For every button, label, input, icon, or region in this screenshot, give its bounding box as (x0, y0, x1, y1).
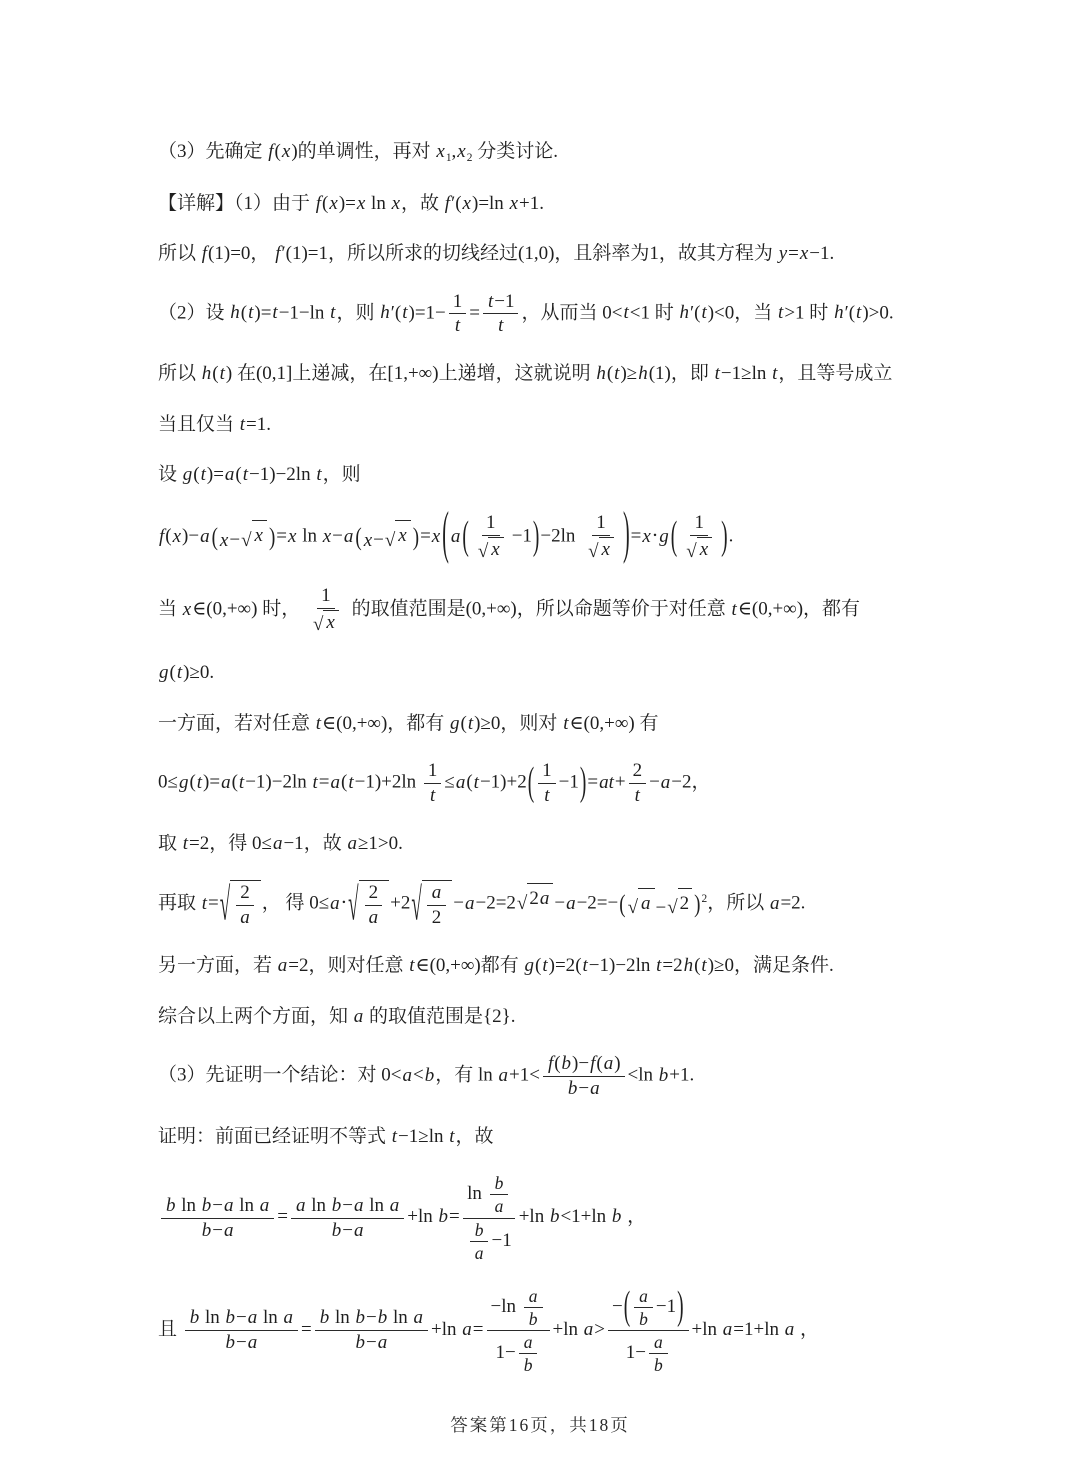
solution-line-14: 再取 t=√2a， 得 0≤a⋅√2a+2√a2−a−2=2√2a−a−2=−(… (158, 880, 1025, 929)
denominator: b−a (563, 1077, 605, 1100)
math-roman: 2 (432, 907, 442, 928)
math-roman: ≥ (627, 363, 637, 384)
solution-content: （3）先确定 f(x)的单调性，再对 x1,x2 分类讨论.【详解】（1）由于 … (0, 0, 1080, 1375)
math-var: x (432, 526, 440, 547)
math-roman: ′(1)=1 (281, 243, 328, 264)
math-var: a (224, 1220, 234, 1241)
denominator: t (630, 784, 645, 807)
math-roman: = (319, 772, 330, 793)
math-var: t (409, 955, 414, 976)
math-var: b (639, 1309, 648, 1329)
math-var: f (202, 243, 207, 264)
math-var: x (457, 141, 465, 162)
math-fraction: 2t (629, 760, 647, 807)
math-fraction: ab (634, 1286, 653, 1329)
math-sqrt: √x (588, 537, 614, 561)
denominator: b (519, 1354, 538, 1375)
math-var: x (173, 526, 181, 547)
radical-sign-icon: √ (313, 615, 323, 634)
math-roman: −1 (559, 772, 579, 793)
bracket: ( (619, 892, 625, 918)
math-var: b (356, 1332, 366, 1353)
math-fraction: 1√x (583, 512, 619, 563)
numerator: 1 (317, 585, 335, 609)
math-roman: +2 (390, 893, 410, 914)
radical-sign-icon: √ (686, 542, 696, 561)
text-run: ，当 (734, 302, 777, 323)
text-run: （2）设 (158, 302, 229, 323)
bracket: ( (212, 524, 218, 550)
math-var: a (221, 772, 231, 793)
math-var: x (436, 141, 444, 162)
math-roman: −2=− (577, 893, 619, 914)
solution-line-19: b ln b−a ln ab−a=a ln b−a ln ab−a+ln b=l… (158, 1173, 1025, 1262)
math-roman: ( (275, 141, 281, 162)
math-roman: =1+ (733, 1319, 764, 1340)
math-roman: ln (258, 1307, 282, 1328)
math-var: t (635, 785, 640, 806)
denominator: b−a (327, 1219, 369, 1242)
math-roman: =2 (288, 955, 308, 976)
math-roman: ∈(0,+∞) (192, 599, 257, 620)
text-run: . (830, 243, 835, 264)
bracket: ( (442, 508, 449, 566)
text-run: 有 (635, 713, 659, 734)
math-roman: − (578, 1078, 589, 1099)
math-roman: − (656, 897, 667, 918)
math-roman: − (332, 526, 343, 547)
math-var: b (495, 1173, 504, 1193)
math-fraction: −ln ab1−ab (487, 1286, 550, 1375)
denominator: b−a (221, 1331, 263, 1354)
bracket: ( (462, 517, 468, 557)
math-row: √a−√2 (626, 888, 695, 922)
numerator: ln ba (463, 1173, 515, 1218)
math-roman: − (342, 1195, 353, 1216)
math-roman: (1,0) (518, 243, 554, 264)
bracket: ) (269, 524, 275, 550)
math-roman: 0< (381, 1065, 401, 1086)
math-roman: ln (638, 1065, 658, 1086)
math-roman: 0≤ (158, 772, 178, 793)
math-roman: ≥0 (714, 955, 734, 976)
math-roman: 2 (240, 882, 250, 903)
math-roman: 2 (680, 893, 690, 914)
math-sqrt: √x (385, 520, 411, 550)
denominator: a (470, 1242, 489, 1263)
math-roman: 2 (369, 882, 379, 903)
solution-line-13: 取 t=2，得 0≤a−1，故 a≥1>0. (158, 830, 1025, 858)
math-var: h (679, 302, 689, 323)
denominator: 2 (428, 906, 446, 929)
text-run: . (729, 526, 734, 547)
math-roman: )>0 (862, 302, 889, 323)
math-var: g (450, 713, 460, 734)
math-roman: 1 (542, 760, 552, 781)
math-fraction: b ln b−a ln ab−a (161, 1195, 274, 1242)
text-run: ，所以所求的切线经过 (328, 243, 518, 264)
math-roman: 0< (602, 302, 622, 323)
math-sqrt: √a2 (411, 880, 452, 929)
text-run: 上递减，在 (292, 363, 387, 384)
math-var: h (596, 363, 606, 384)
radical-sign-icon: √ (478, 542, 488, 561)
math-fraction: b ln b−b ln ab−a (315, 1307, 428, 1354)
math-var: t (656, 955, 661, 976)
math-roman: = (213, 464, 224, 485)
math-roman: − (342, 1220, 353, 1241)
math-var: t (701, 955, 706, 976)
math-var: x (357, 193, 365, 214)
math-fraction: ln baba−1 (463, 1173, 516, 1262)
math-var: f (268, 141, 273, 162)
radical-sign-icon: √ (667, 898, 677, 917)
math-roman: =2 (189, 833, 209, 854)
radicand: a (638, 888, 655, 918)
radical-sign-icon: √ (517, 894, 527, 913)
radical-sign-icon: √ (385, 531, 395, 550)
math-roman: − (236, 1307, 247, 1328)
math-roman: +2 (381, 772, 401, 793)
math-roman: ( (189, 772, 195, 793)
math-fraction: 1t (449, 291, 467, 338)
math-var: a (584, 1319, 594, 1340)
numerator: 1 (449, 291, 467, 315)
math-roman: ≤ (444, 772, 454, 793)
math-sqrt: √2a (517, 883, 553, 913)
math-roman: −2 (615, 955, 635, 976)
text-run: ， (622, 1206, 646, 1227)
denominator: b (634, 1308, 653, 1329)
denominator: a (490, 1195, 509, 1216)
math-roman: −2 (540, 526, 560, 547)
solution-line-7: 设 g(t)=a(t−1)−2ln t，则 (158, 461, 1025, 489)
math-var: a (475, 1243, 484, 1263)
math-var: a (604, 1053, 614, 1074)
math-row: 1√x (677, 512, 721, 563)
math-roman: ln (388, 1307, 412, 1328)
text-run: 取 (158, 833, 182, 854)
bracket: ( (624, 1287, 630, 1327)
text-run: 当且仅当 (158, 414, 239, 435)
solution-line-2: 【详解】（1）由于 f(x)=x ln x，故 f′(x)=ln x+1. (158, 190, 1025, 218)
math-var: b (475, 1220, 484, 1240)
text-run: . (539, 193, 544, 214)
radicand: 2a (230, 880, 261, 929)
math-var: a (200, 526, 210, 547)
math-roman: = (473, 1319, 484, 1340)
math-var: b (439, 1206, 449, 1227)
text-run: 在 (232, 363, 256, 384)
denominator: √x (681, 536, 717, 563)
math-roman: − (453, 893, 464, 914)
math-fraction: 1t (538, 760, 556, 807)
math-fraction: ab (649, 1332, 668, 1375)
numerator: −(ab−1) (608, 1286, 689, 1331)
math-var: a (529, 1286, 538, 1306)
math-var: y (779, 243, 787, 264)
text-run: ，且斜率为1，故其方程为 (554, 243, 777, 264)
math-roman: ln (330, 1307, 354, 1328)
math-roman: ln (292, 772, 312, 793)
math-roman: ln (489, 193, 509, 214)
math-roman: −1 (494, 291, 514, 312)
math-roman: ( (395, 302, 401, 323)
math-roman: , (452, 141, 457, 162)
text-run: ， (795, 1319, 819, 1340)
math-roman: −ln (491, 1296, 521, 1317)
math-roman: − (649, 772, 660, 793)
math-var: a (330, 893, 340, 914)
math-roman: ln (702, 1319, 722, 1340)
math-var: t (348, 772, 353, 793)
text-run: 再取 (158, 893, 201, 914)
math-roman: ( (241, 302, 247, 323)
math-var: b (568, 1078, 578, 1099)
solution-line-4: （2）设 h(t)=t−1−ln t，则 h′(t)=1−1t=t−1t，从而当… (158, 291, 1025, 338)
math-var: b (562, 1053, 572, 1074)
math-roman: ′( (845, 302, 855, 323)
radical-sign-icon: √ (220, 883, 230, 929)
math-roman: = (587, 772, 598, 793)
math-roman: = (345, 193, 356, 214)
page-footer: 答案第16页，共18页 (0, 1412, 1080, 1437)
math-var: a (462, 1319, 472, 1340)
math-var: t (488, 291, 493, 312)
math-var: x (220, 530, 228, 551)
math-roman: 1 (321, 585, 331, 606)
math-var: a (456, 772, 466, 793)
math-roman: ( (232, 772, 238, 793)
math-var: a (495, 1196, 504, 1216)
text-run: . (690, 1065, 695, 1086)
math-var: a (590, 1078, 600, 1099)
math-var: g (179, 772, 189, 793)
math-roman: (1)=0 (208, 243, 250, 264)
math-var: x (326, 612, 334, 633)
denominator: √x (583, 536, 619, 563)
math-roman: ln (752, 363, 772, 384)
radicand: x (395, 520, 410, 550)
math-var: t (544, 785, 549, 806)
text-run: ，故 (401, 193, 444, 214)
math-var: x (183, 599, 191, 620)
text-run: . (889, 302, 894, 323)
math-var: g (525, 955, 535, 976)
math-var: a (540, 888, 550, 909)
math-roman: ln (401, 772, 421, 793)
numerator: 2 (629, 760, 647, 784)
solution-line-12: 0≤g(t)=a(t−1)−2ln t=a(t−1)+2ln 1t≤a(t−1)… (158, 760, 1025, 807)
text-run: 【详解】（1）由于 (158, 193, 315, 214)
math-roman: − (212, 1195, 223, 1216)
math-fraction: a ln b−a ln ab−a (291, 1195, 404, 1242)
math-fraction: ab (519, 1332, 538, 1375)
math-var: t (316, 464, 321, 485)
solution-line-18: 证明：前面已经证明不等式 t−1≥ln t，故 (158, 1123, 1025, 1151)
numerator: t−1 (483, 291, 519, 315)
numerator: 1 (538, 760, 556, 784)
denominator: b−a (351, 1331, 393, 1354)
math-roman: − (236, 1332, 247, 1353)
math-var: t (330, 302, 335, 323)
math-var: b (550, 1206, 560, 1227)
math-var: t (772, 363, 777, 384)
math-roman: ( (694, 955, 700, 976)
math-sqrt: √2 (667, 888, 692, 918)
math-roman: ln (307, 1195, 331, 1216)
math-roman: + (553, 1319, 564, 1340)
math-var: f (590, 1053, 595, 1074)
math-var: a (465, 893, 475, 914)
math-roman: ( (193, 464, 199, 485)
math-var: t (316, 713, 321, 734)
text-run: ，则对 (500, 713, 562, 734)
math-var: a (248, 1332, 258, 1353)
math-sqrt: √x (478, 537, 504, 561)
math-sqrt: √x (241, 520, 267, 550)
radical-sign-icon: √ (588, 542, 598, 561)
math-var: x (491, 539, 499, 560)
text-run: ， (692, 772, 711, 793)
math-roman: ( (212, 363, 218, 384)
math-roman: ( (466, 772, 472, 793)
math-var: x (255, 525, 263, 546)
math-var: t (177, 662, 182, 683)
math-var: a (390, 1195, 400, 1216)
math-roman: >1 (784, 302, 804, 323)
text-run: ，则 (336, 302, 379, 323)
math-var: t (183, 833, 188, 854)
math-roman: ln (636, 955, 656, 976)
text-run: ，则 (323, 464, 361, 485)
math-fraction: 1√x (308, 585, 344, 636)
math-roman: ′( (690, 302, 700, 323)
math-roman: −1 (491, 1229, 511, 1250)
math-var: a (273, 833, 283, 854)
text-run: （3）先证明一个结论：对 (158, 1065, 381, 1086)
denominator: √x (308, 609, 344, 636)
math-var: a (641, 893, 651, 914)
math-roman: −1 (809, 243, 829, 264)
math-var: a (524, 1332, 533, 1352)
math-roman: ln (591, 1206, 611, 1227)
math-var: t (402, 302, 407, 323)
math-roman: −1 (589, 955, 609, 976)
text-run: ， (250, 243, 274, 264)
math-sqrt: √2a (348, 880, 389, 929)
math-var: a (723, 1319, 733, 1340)
math-roman: =2 (780, 893, 800, 914)
math-roman: ln (529, 1206, 549, 1227)
math-var: t (474, 772, 479, 793)
math-roman: =2 (662, 955, 682, 976)
bracket-group: (x−√x) (212, 520, 276, 554)
text-run: 且 (158, 1319, 182, 1340)
math-var: x (800, 243, 808, 264)
math-roman: ≥0 (480, 713, 500, 734)
text-run: （3）先确定 (158, 141, 267, 162)
math-var: b (320, 1307, 330, 1328)
math-var: a (785, 1319, 795, 1340)
text-run: 综合以上两个方面，知 (158, 1006, 353, 1027)
math-fraction: −(ab−1)1−ab (608, 1286, 689, 1375)
math-roman: 0≤ (309, 893, 329, 914)
text-run: 的取值范围是 (364, 1006, 483, 1027)
math-var: a (224, 1195, 234, 1216)
bracket-group: (x−√x) (355, 520, 419, 554)
math-var: t (430, 785, 435, 806)
text-run: . (398, 833, 403, 854)
math-fraction: 2a (235, 882, 255, 929)
math-var: a (240, 907, 250, 928)
radicand: x (323, 610, 338, 634)
math-var: t (239, 772, 244, 793)
math-roman: − (612, 1296, 623, 1317)
math-var: b (202, 1220, 212, 1241)
math-roman: −1− (279, 302, 310, 323)
math-roman: ( (535, 955, 541, 976)
math-roman: > (594, 1319, 605, 1340)
numerator: 2 (365, 882, 383, 906)
solution-line-3: 所以 f(1)=0， f′(1)=1，所以所求的切线经过(1,0)，且斜率为1，… (158, 240, 1025, 268)
text-run: ，满足条件. (734, 955, 834, 976)
math-var: t (392, 1126, 397, 1147)
math-var: a (260, 1195, 270, 1216)
radical-sign-icon: √ (411, 883, 421, 929)
math-var: a (639, 1286, 648, 1306)
math-var: x (392, 193, 400, 214)
math-roman: −2=2 (475, 893, 515, 914)
math-roman: = (420, 526, 431, 547)
denominator: b (649, 1354, 668, 1375)
numerator: 1 (690, 512, 708, 536)
numerator: a (649, 1332, 668, 1354)
math-roman: + (692, 1319, 703, 1340)
math-var: x (364, 530, 372, 551)
math-var: h (380, 302, 390, 323)
math-var: t (202, 893, 207, 914)
radicand: 2a (527, 883, 553, 913)
math-var: f (275, 243, 280, 264)
solution-line-1: （3）先确定 f(x)的单调性，再对 x1,x2 分类讨论. (158, 138, 1025, 167)
math-fraction: t−1t (483, 291, 519, 338)
math-roman: =1− (415, 302, 446, 323)
math-roman: − (188, 526, 199, 547)
math-var: a (369, 907, 379, 928)
math-var: t (583, 955, 588, 976)
math-roman: ln (310, 302, 330, 323)
math-roman: ( (596, 1053, 602, 1074)
numerator: b ln b−a ln a (161, 1195, 274, 1219)
math-roman: ( (461, 713, 467, 734)
bracket-group: (ab−1) (624, 1286, 684, 1329)
math-var: a (347, 833, 357, 854)
math-var: a (499, 1065, 509, 1086)
math-roman: =1 (246, 414, 266, 435)
math-roman: ln (442, 1319, 462, 1340)
math-var: a (284, 1307, 294, 1328)
math-var: b (166, 1195, 176, 1216)
math-var: t (563, 713, 568, 734)
math-roman: ( (455, 193, 461, 214)
math-var: t (243, 464, 248, 485)
text-run: ，得 (209, 833, 252, 854)
math-sqrt: √2a (220, 880, 261, 929)
numerator: b (470, 1220, 489, 1242)
math-roman: ( (575, 955, 581, 976)
math-roman: ∈(0,+∞) (738, 599, 803, 620)
